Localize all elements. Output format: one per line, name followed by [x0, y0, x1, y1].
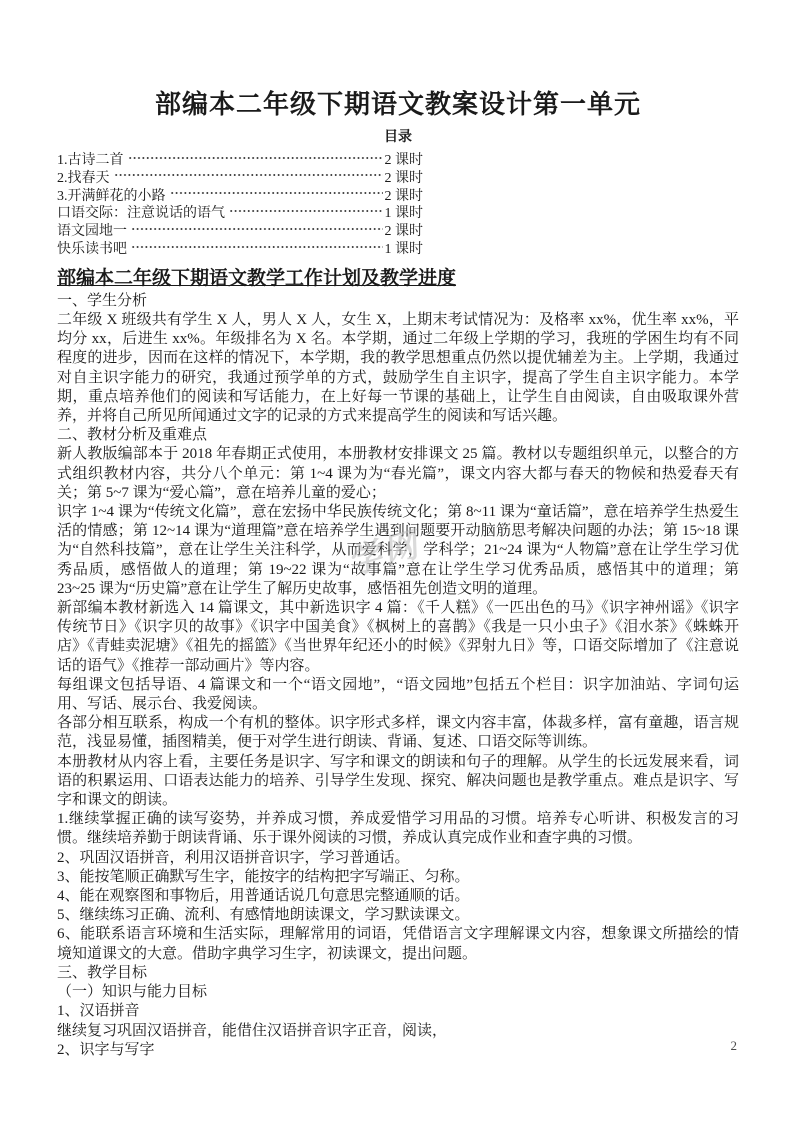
toc-dots-leader	[128, 152, 383, 164]
para-student-analysis: 二年级 X 班级共有学生 X 人，男人 X 人，女生 X，上期末考试情况为：及格…	[57, 311, 739, 426]
para-item-3: 3、能按笔顺正确默写生字，能按字的结构把字写端正、匀称。	[57, 868, 739, 887]
para-material-units-1: 新人教版编部本于 2018 年春期正式使用，本册教材安排课文 25 篇。教材以专…	[57, 445, 739, 503]
toc-dots-leader	[170, 187, 383, 199]
toc-row: 3.开满鲜花的小路 2 课时	[57, 185, 423, 203]
doc-title: 部编本二年级下期语文教案设计第一单元	[57, 84, 739, 121]
document-body: 一、学生分析 二年级 X 班级共有学生 X 人，男人 X 人，女生 X，上期末考…	[57, 292, 739, 1060]
para-item-2: 2、巩固汉语拼音，利用汉语拼音识字，学习普通话。	[57, 849, 739, 868]
toc-row: 2.找春天 2 课时	[57, 167, 423, 185]
toc-dots-leader	[131, 241, 383, 253]
toc-row: 语文园地一 2 课时	[57, 220, 423, 238]
heading-student-analysis: 一、学生分析	[57, 292, 739, 311]
plan-heading: 部编本二年级下期语文教学工作计划及教学进度	[57, 263, 739, 290]
para-item-6: 6、能联系语言环境和生活实际，理解常用的词语，凭借语言文字理解课文内容，想象课文…	[57, 925, 739, 963]
para-key-difficulties: 本册教材从内容上看，主要任务是识字、写字和课文的朗读和句子的理解。从学生的长远发…	[57, 753, 739, 811]
subheading-literacy-writing: 2、识字与写字	[57, 1041, 739, 1060]
toc-dots-leader	[114, 170, 383, 182]
page-number: 2	[731, 1038, 738, 1054]
para-material-features: 各部分相互联系，构成一个有机的整体。识字形式多样，课文内容丰富，体裁多样，富有童…	[57, 714, 739, 752]
subheading-knowledge-ability: （一）知识与能力目标	[57, 983, 739, 1002]
para-item-1: 1.继续掌握正确的读写姿势，并养成习惯，养成爱惜学习用品的习惯。培养专心听讲、积…	[57, 810, 739, 848]
para-item-5: 5、继续练习正确、流利、有感情地朗读课文，学习默读课文。	[57, 906, 739, 925]
para-new-lessons: 新部编本教材新选入 14 篇课文，其中新选识字 4 篇：《千人糕》《一匹出色的马…	[57, 599, 739, 676]
para-material-units-2: 识字 1~4 课为“传统文化篇”，意在宏扬中华民族传统文化；第 8~11 课为“…	[57, 503, 739, 599]
toc-row: 1.古诗二首 2 课时	[57, 149, 423, 167]
para-item-4: 4、能在观察图和事物后，用普通话说几句意思完整通顺的话。	[57, 887, 739, 906]
toc-row: 口语交际：注意说话的语气 1 课时	[57, 202, 423, 220]
para-pinyin: 继续复习巩固汉语拼音，能借住汉语拼音识字正音，阅读，	[57, 1022, 739, 1041]
para-unit-structure: 每组课文包括导语、4 篇课文和一个“语文园地”，“语文园地”包括五个栏目：识字加…	[57, 676, 739, 714]
heading-material-analysis: 二、教材分析及重难点	[57, 426, 739, 445]
toc-heading: 目录	[57, 126, 739, 146]
toc-duration: 1 课时	[385, 238, 424, 258]
toc-row: 快乐读书吧 1 课时	[57, 238, 423, 256]
toc-label: 快乐读书吧	[57, 238, 127, 258]
toc-dots-leader	[229, 205, 383, 217]
toc: 1.古诗二首 2 课时 2.找春天 2 课时 3.开满鲜花的小路 2 课时 口语…	[57, 149, 423, 256]
document-page: 部编本二年级下期语文教案设计第一单元 目录 1.古诗二首 2 课时 2.找春天 …	[0, 0, 793, 1122]
toc-dots-leader	[131, 223, 383, 235]
heading-teaching-goals: 三、教学目标	[57, 964, 739, 983]
subheading-pinyin: 1、汉语拼音	[57, 1002, 739, 1021]
